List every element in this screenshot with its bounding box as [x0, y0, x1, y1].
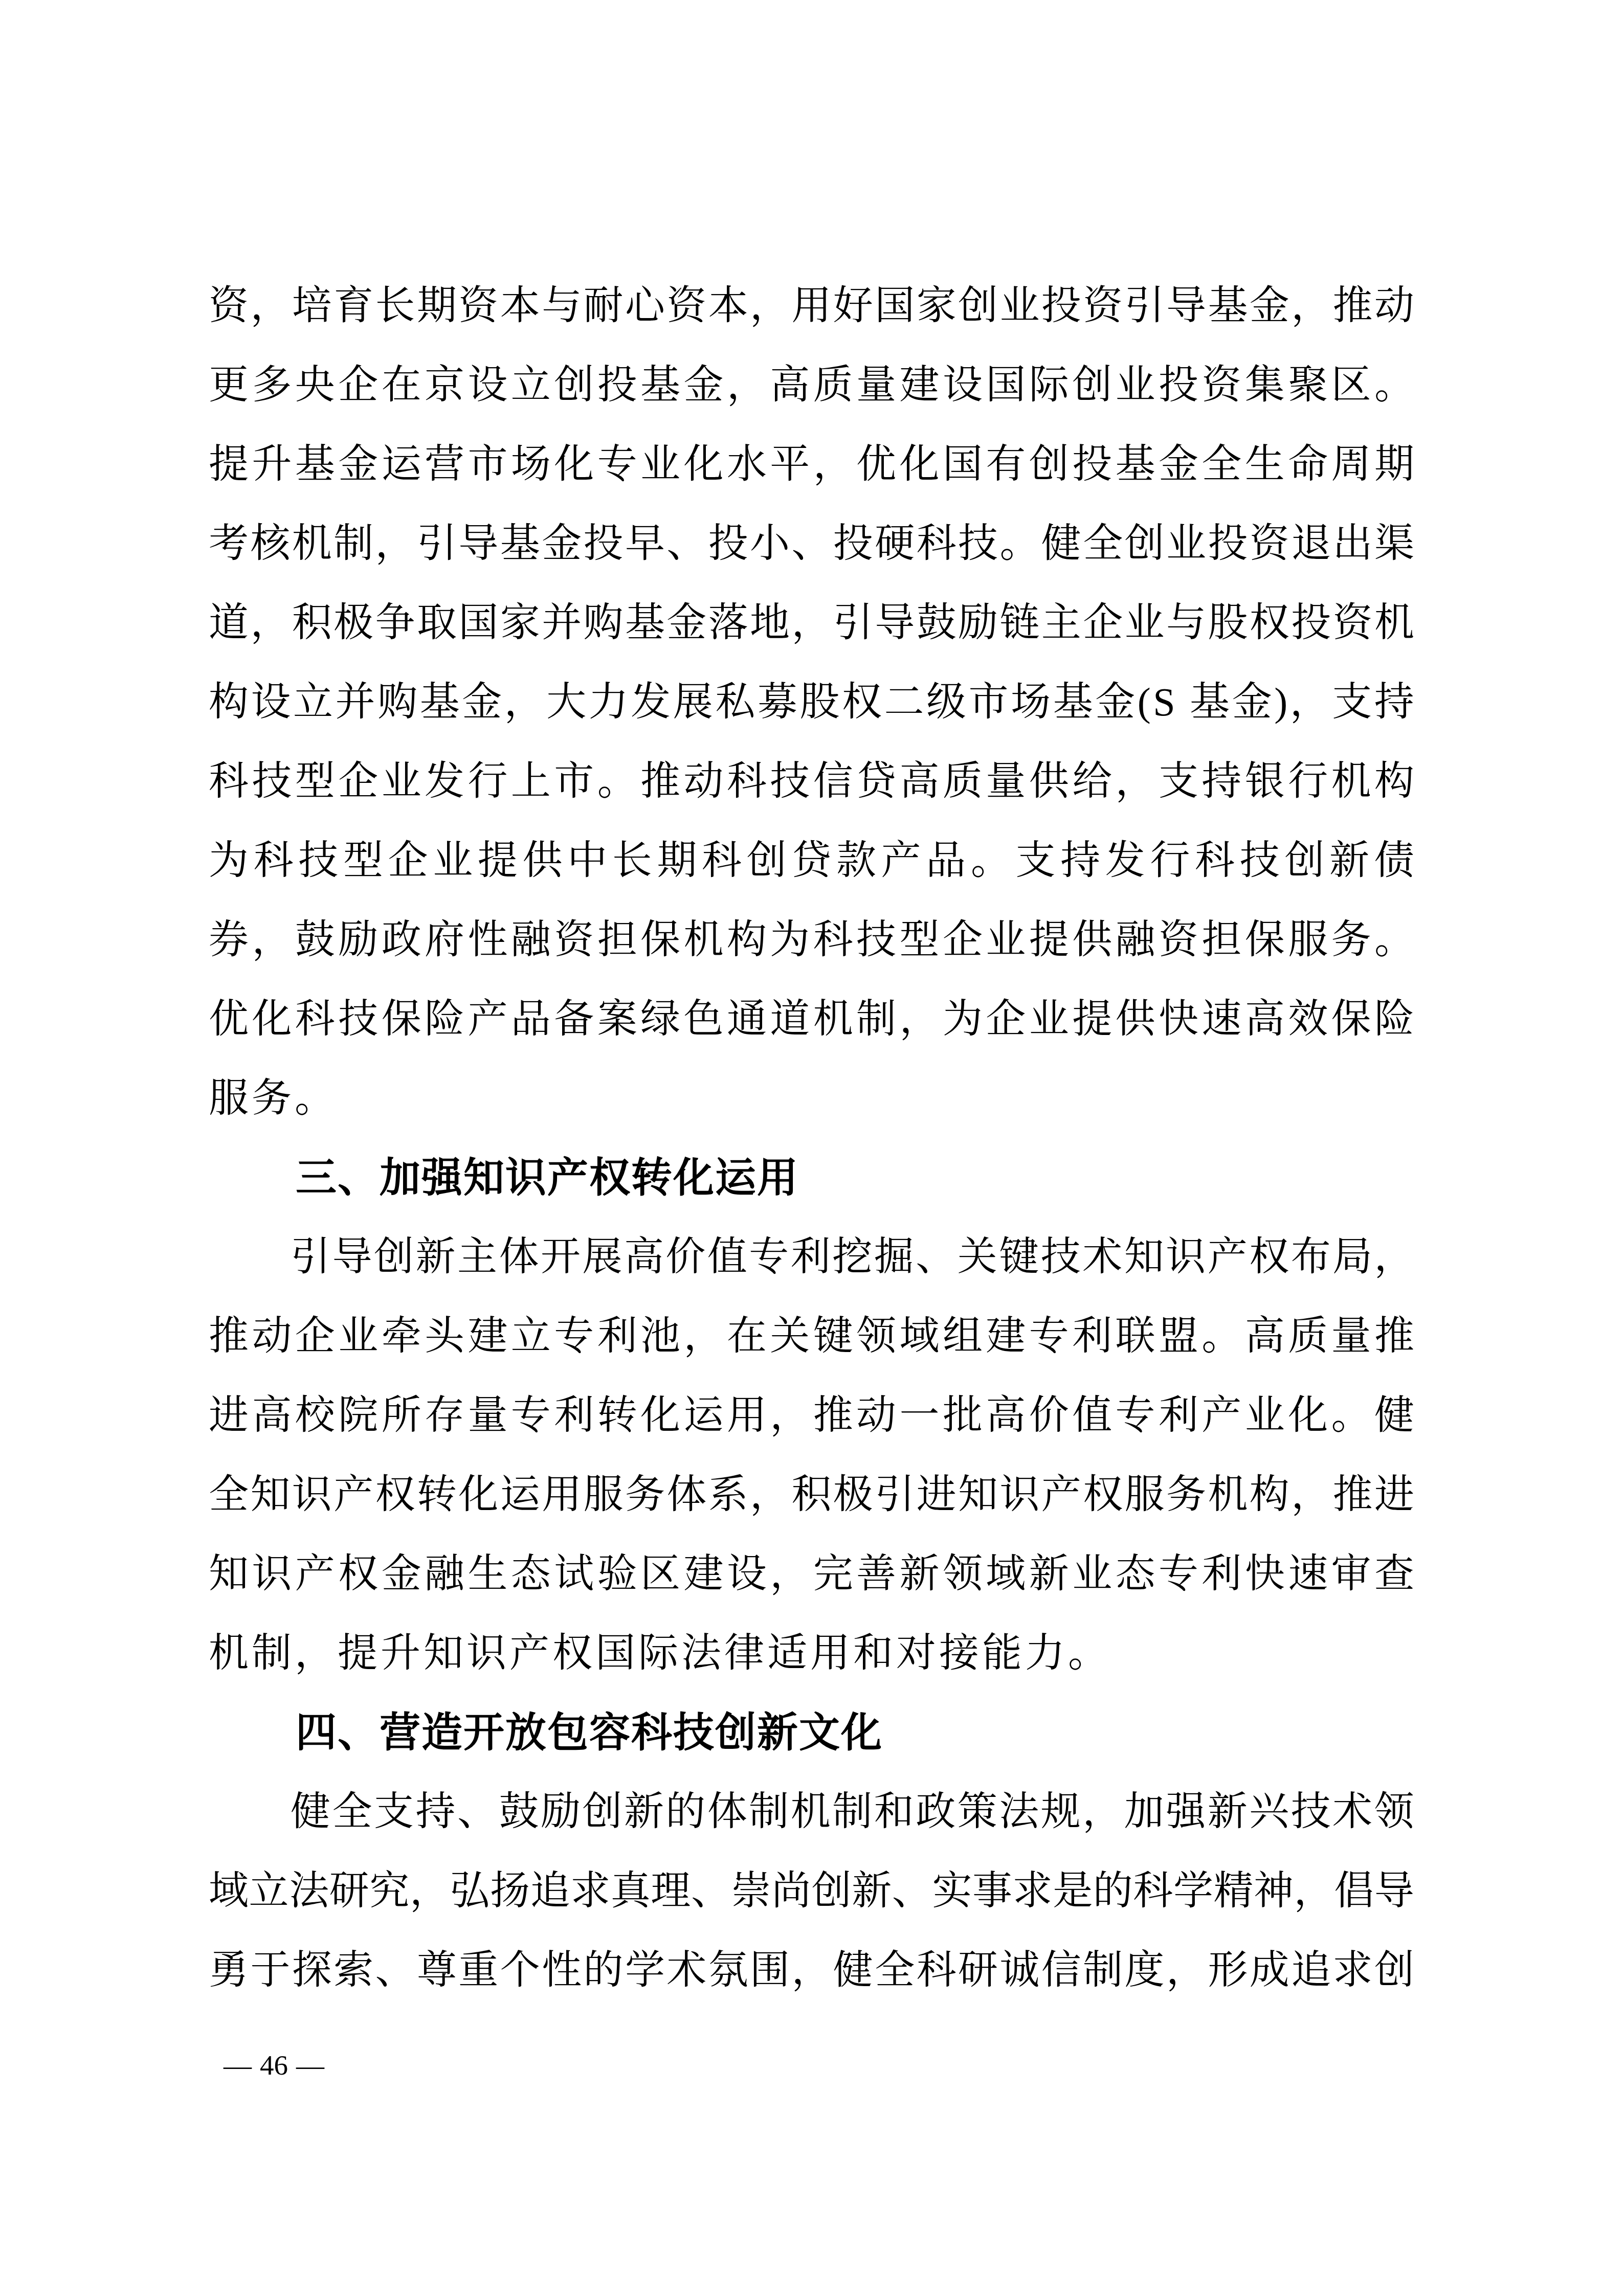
char: 利 [1159, 1390, 1198, 1469]
char: 创 [1072, 359, 1112, 439]
char: ， [900, 994, 940, 1073]
char: 引 [1125, 280, 1165, 359]
char: 机 [1374, 597, 1414, 677]
text-line: 考核机制，引导基金投早、投小、投硬科技。健全创业投资退出渠 [209, 518, 1414, 597]
char: 速 [1202, 994, 1241, 1073]
char: 高 [1245, 994, 1285, 1073]
char: 期 [1374, 439, 1414, 518]
char: 关 [958, 1231, 997, 1311]
char: ， [1294, 1865, 1334, 1945]
char: 鼓 [295, 914, 335, 994]
char: 场 [511, 439, 551, 518]
char: 掘 [874, 1231, 914, 1311]
char: 生 [1245, 439, 1285, 518]
char: 开 [541, 1231, 581, 1311]
char: 绿 [640, 994, 680, 1073]
char: 导 [332, 1231, 372, 1311]
char: S [1153, 677, 1175, 756]
char: 权 [1250, 597, 1289, 677]
char: 备 [554, 994, 594, 1073]
footer-page-number: 46 [260, 2050, 288, 2081]
char: 和 [874, 1786, 914, 1865]
char: ， [813, 439, 853, 518]
char: 利 [1072, 1311, 1112, 1390]
char: 鼓 [917, 597, 956, 677]
char: 券 [209, 914, 249, 994]
char: ， [410, 1865, 450, 1945]
char: 落 [708, 597, 748, 677]
char: 术 [1332, 1786, 1372, 1865]
char: 创 [958, 280, 998, 359]
char: 退 [1291, 518, 1331, 597]
char: 企 [986, 994, 1026, 1073]
char: 化 [1288, 1390, 1328, 1469]
char: 金 [1095, 677, 1135, 756]
char: 与 [1166, 597, 1206, 677]
char: 业 [1125, 597, 1165, 677]
text-line: 域立法研究，弘扬追求真理、崇尚创新、实事求是的科学精神，倡导 [209, 1865, 1414, 1945]
char: 政 [382, 914, 421, 994]
char: 争 [375, 597, 415, 677]
char: 。 [1331, 1390, 1371, 1469]
char: ， [375, 518, 415, 597]
char: 构 [209, 677, 249, 756]
char: 金 [1232, 677, 1272, 756]
char: 并 [336, 677, 375, 756]
char: 投 [1208, 518, 1248, 597]
char: 权 [842, 677, 882, 756]
char: 家 [917, 280, 956, 359]
char: 渠 [1374, 518, 1414, 597]
char: 量 [1331, 1311, 1371, 1390]
char: 质 [1288, 1311, 1328, 1390]
char: 态 [1116, 1548, 1155, 1628]
char: 运 [683, 1390, 723, 1469]
char: 全 [332, 1786, 372, 1865]
char: 技 [1240, 835, 1280, 914]
char: 京 [425, 359, 464, 439]
char: 动 [856, 1390, 896, 1469]
char: 投 [1041, 280, 1081, 359]
char: 体 [666, 1469, 706, 1548]
char: 重 [458, 1945, 498, 2024]
char: 心 [625, 280, 665, 359]
char: 国 [943, 439, 983, 518]
char: 科 [917, 1945, 956, 2024]
char: 股 [1208, 597, 1248, 677]
char: 知 [209, 1548, 249, 1628]
char: 运 [500, 1469, 540, 1548]
char: 勇 [209, 1945, 249, 2024]
char: 、 [375, 1945, 415, 2024]
char: 大 [546, 677, 586, 756]
char: 全 [875, 1945, 915, 2024]
char: 更 [209, 359, 249, 439]
char: 有 [986, 439, 1026, 518]
char: 法 [289, 1865, 329, 1945]
char: 引 [417, 518, 457, 597]
char: 高 [1245, 1311, 1285, 1390]
char: 命 [1288, 439, 1328, 518]
char: 新 [1029, 1548, 1069, 1628]
char: 上 [511, 756, 551, 835]
char: 保 [1331, 994, 1371, 1073]
char: 保 [1245, 914, 1285, 994]
char: 支 [1159, 756, 1198, 835]
char: 建 [986, 1311, 1026, 1390]
char: 业 [986, 914, 1026, 994]
char: 通 [727, 994, 767, 1073]
char: 制 [1083, 1945, 1123, 2024]
char: 道 [770, 994, 810, 1073]
char: 机 [1331, 756, 1371, 835]
text-line: 提升基金运营市场化专业化水平，优化国有创投基金全生命周期 [209, 439, 1414, 518]
char: 术 [1082, 1231, 1122, 1311]
char: 研 [329, 1865, 369, 1945]
char: 在 [727, 1311, 767, 1390]
char: 学 [1173, 1865, 1213, 1945]
char: 尊 [417, 1945, 457, 2024]
char: 构 [1250, 1469, 1289, 1548]
char: 机 [683, 914, 723, 994]
char: 索 [333, 1945, 373, 2024]
char: 高 [900, 756, 940, 835]
char: 新 [1208, 1786, 1248, 1865]
text-line: 更多央企在京设立创投基金，高质量建设国际创业投资集聚区。 [209, 359, 1414, 439]
char: 、 [691, 1865, 731, 1945]
char: 域 [900, 1311, 940, 1390]
char: ， [1291, 1469, 1331, 1548]
char: 科 [209, 756, 249, 835]
char: 全 [1083, 518, 1123, 597]
char: 创 [582, 1786, 622, 1865]
char: 募 [758, 677, 797, 756]
char: 制 [856, 994, 896, 1073]
char: 本 [708, 280, 748, 359]
char: 区 [640, 1548, 680, 1628]
char: 新 [900, 1548, 940, 1628]
char: 品 [926, 835, 966, 914]
char: 科 [254, 835, 294, 914]
char: 鼓 [499, 1786, 539, 1865]
char: 制 [333, 518, 373, 597]
char: 励 [338, 914, 378, 994]
char: 性 [542, 1945, 582, 2024]
char: 支 [374, 1786, 414, 1865]
char: 健 [833, 1945, 873, 2024]
char: 资 [666, 280, 706, 359]
char: 牵 [382, 1311, 421, 1390]
char: 领 [943, 1548, 983, 1628]
char: 推 [640, 756, 680, 835]
char: 布 [1291, 1231, 1331, 1311]
char: 、 [457, 1786, 497, 1865]
char: 。 [1374, 359, 1414, 439]
char: 组 [943, 1311, 983, 1390]
char: 院 [338, 1390, 378, 1469]
char: 制 [749, 1786, 789, 1865]
char: 成 [1250, 1945, 1289, 2024]
char: 保 [382, 994, 421, 1073]
char: 品 [511, 994, 551, 1073]
char: 积 [791, 1469, 831, 1548]
char: 金 [542, 518, 582, 597]
char: 地 [750, 597, 790, 677]
char: 银 [1245, 756, 1285, 835]
char: 投 [597, 359, 637, 439]
char: 建 [683, 1548, 723, 1628]
char: 企 [338, 756, 378, 835]
char: 极 [333, 597, 373, 677]
char: 追 [1291, 1945, 1331, 2024]
char: 产 [1208, 1231, 1248, 1311]
text-line: 优化科技保险产品备案绿色通道机制，为企业提供快速高效保险 [209, 994, 1414, 1073]
char: 基 [1208, 280, 1248, 359]
char: 央 [295, 359, 335, 439]
char: 设 [468, 359, 507, 439]
char: 险 [1374, 994, 1414, 1073]
char: 供 [1116, 994, 1155, 1073]
char: 批 [943, 1390, 983, 1469]
char: 企 [1083, 597, 1123, 677]
char: 业 [640, 439, 680, 518]
char: 担 [1202, 914, 1241, 994]
char: 立 [249, 1865, 289, 1945]
char: 、 [892, 1865, 932, 1945]
char: 业 [1245, 1390, 1285, 1469]
char: 科 [702, 835, 742, 914]
char: 创 [1029, 439, 1069, 518]
char: 科 [1195, 835, 1235, 914]
char: 贷 [791, 835, 831, 914]
char: 业 [382, 756, 421, 835]
char: 的 [665, 1786, 705, 1865]
char: 设 [727, 1548, 767, 1628]
char: 诚 [999, 1945, 1039, 2024]
char: 主 [1041, 597, 1081, 677]
char: 基 [500, 518, 540, 597]
char: 质 [813, 359, 853, 439]
char: 场 [1011, 677, 1051, 756]
char: 域 [209, 1865, 249, 1945]
char: 贷 [856, 756, 896, 835]
char: 引 [875, 1469, 915, 1548]
char: 小 [750, 518, 790, 597]
char: 。 [999, 518, 1039, 597]
char: 科 [295, 994, 335, 1073]
char: 周 [1331, 439, 1371, 518]
char: 的 [1093, 1865, 1133, 1945]
char: ， [791, 597, 831, 677]
text-line: 道，积极争取国家并购基金落地，引导鼓励链主企业与股权投资机 [209, 597, 1414, 677]
char: 与 [542, 280, 582, 359]
section-heading: 三、加强知识产权转化运用 [209, 1152, 1414, 1231]
char: 提 [478, 835, 518, 914]
char: 事 [972, 1865, 1012, 1945]
char: 考 [209, 518, 249, 597]
char: 行 [1150, 835, 1190, 914]
char: 早 [625, 518, 665, 597]
char: 创 [747, 835, 787, 914]
char: 兴 [1249, 1786, 1289, 1865]
char: 的 [584, 1945, 624, 2024]
char: 识 [999, 1469, 1039, 1548]
char: 基 [295, 439, 335, 518]
char: 长 [375, 280, 415, 359]
char: 在 [382, 359, 421, 439]
char: ) [1274, 677, 1287, 756]
char: 技 [1291, 1786, 1331, 1865]
char: 科 [813, 914, 853, 994]
char: 构 [1374, 756, 1414, 835]
char: 际 [1029, 359, 1069, 439]
char: 基 [1053, 677, 1093, 756]
char: ， [683, 1311, 723, 1390]
char: 高 [770, 359, 810, 439]
char: 域 [986, 1548, 1026, 1628]
char: 度 [1125, 1945, 1165, 2024]
char: 高 [252, 1390, 292, 1469]
char: 为 [943, 994, 983, 1073]
char: 推 [1333, 280, 1373, 359]
char: 险 [425, 994, 464, 1073]
char: 资 [458, 280, 498, 359]
char: 知 [958, 1469, 998, 1548]
char: 期 [417, 280, 457, 359]
char: 资 [1159, 914, 1198, 994]
char: 量 [856, 359, 896, 439]
char: ， [1082, 1786, 1122, 1865]
char: 平 [770, 439, 810, 518]
char: 、 [791, 518, 831, 597]
text-line: 机制，提升知识产权国际法律适用和对接能力。 [209, 1628, 1414, 1707]
char: 业 [338, 1311, 378, 1390]
char: 盟 [1159, 1311, 1198, 1390]
char: 权 [338, 1548, 378, 1628]
char: 领 [1374, 1786, 1414, 1865]
char: 集 [1245, 359, 1285, 439]
char: 企 [943, 914, 983, 994]
char: 规 [1041, 1786, 1081, 1865]
char: 价 [1029, 1390, 1069, 1469]
char: 局 [1332, 1231, 1372, 1311]
char: 审 [1331, 1548, 1371, 1628]
char: 业 [1029, 994, 1069, 1073]
char: 供 [522, 835, 562, 914]
char: 服 [584, 1469, 624, 1548]
char: 推 [813, 1390, 853, 1469]
char: 化 [554, 439, 594, 518]
char: 立 [293, 677, 333, 756]
char: 引 [291, 1231, 330, 1311]
char: 给 [1072, 756, 1112, 835]
char: 发 [631, 677, 671, 756]
char: 动 [683, 756, 723, 835]
char: 量 [468, 1390, 507, 1469]
char: 量 [986, 756, 1026, 835]
char: 发 [1105, 835, 1145, 914]
char: ， [727, 359, 767, 439]
char: 金 [338, 439, 378, 518]
char: 一 [900, 1390, 940, 1469]
char: 主 [457, 1231, 497, 1311]
char: 术 [666, 1945, 706, 2024]
char: 资 [1083, 280, 1123, 359]
char: 键 [999, 1231, 1039, 1311]
char: 持 [1374, 677, 1414, 756]
footer-right-dash: — [296, 2050, 324, 2081]
char: 快 [1159, 994, 1198, 1073]
document-page: 资，培育长期资本与耐心资本，用好国家创业投资引导基金，推动更多央企在京设立创投基… [0, 0, 1624, 2296]
char: 资 [554, 914, 594, 994]
char: 励 [541, 1786, 581, 1865]
char: 科 [917, 518, 956, 597]
char: 挖 [832, 1231, 872, 1311]
char: 育 [333, 280, 373, 359]
char: 股 [799, 677, 839, 756]
char: 提 [209, 439, 249, 518]
char: 知 [1124, 1231, 1164, 1311]
char: 优 [856, 439, 896, 518]
char: 持 [1202, 756, 1241, 835]
char: 技 [252, 756, 292, 835]
char: 机 [1208, 1469, 1248, 1548]
char: 善 [856, 1548, 896, 1628]
text-line: 全知识产权转化运用服务体系，积极引进知识产权服务机构，推进 [209, 1469, 1414, 1548]
char: 知 [250, 1469, 290, 1548]
char: 取 [417, 597, 457, 677]
char: 展 [673, 677, 713, 756]
char: 系 [708, 1469, 748, 1548]
char: 高 [986, 1390, 1026, 1469]
char: 性 [468, 914, 507, 994]
char: 家 [500, 597, 540, 677]
char: 业 [1072, 1548, 1112, 1628]
char: 领 [856, 1311, 896, 1390]
char: 设 [251, 677, 291, 756]
char: 务 [625, 1469, 665, 1548]
char: 产 [1202, 1390, 1241, 1469]
char: 创 [1284, 835, 1324, 914]
char: 个 [500, 1945, 540, 2024]
char: 中 [567, 835, 607, 914]
char: 用 [542, 1469, 582, 1548]
char: 态 [511, 1548, 551, 1628]
char: 求 [570, 1865, 610, 1945]
char: 存 [425, 1390, 464, 1469]
char: 私 [715, 677, 755, 756]
char: 专 [1159, 1548, 1198, 1628]
char: 新 [1329, 835, 1369, 914]
char: 氛 [708, 1945, 748, 2024]
char: 效 [1288, 994, 1328, 1073]
char: 创 [1374, 1945, 1414, 2024]
char: 引 [833, 597, 873, 677]
char: 加 [1124, 1786, 1164, 1865]
char: 所 [382, 1390, 421, 1469]
char: ， [250, 597, 290, 677]
char: ， [1290, 677, 1330, 756]
char: 追 [530, 1865, 570, 1945]
char: 担 [597, 914, 637, 994]
char: 化 [900, 439, 940, 518]
char: ， [791, 1945, 831, 2024]
char: 价 [665, 1231, 705, 1311]
char: 新 [624, 1786, 664, 1865]
char: ， [250, 280, 290, 359]
char: 技 [298, 835, 338, 914]
char: 好 [833, 280, 873, 359]
